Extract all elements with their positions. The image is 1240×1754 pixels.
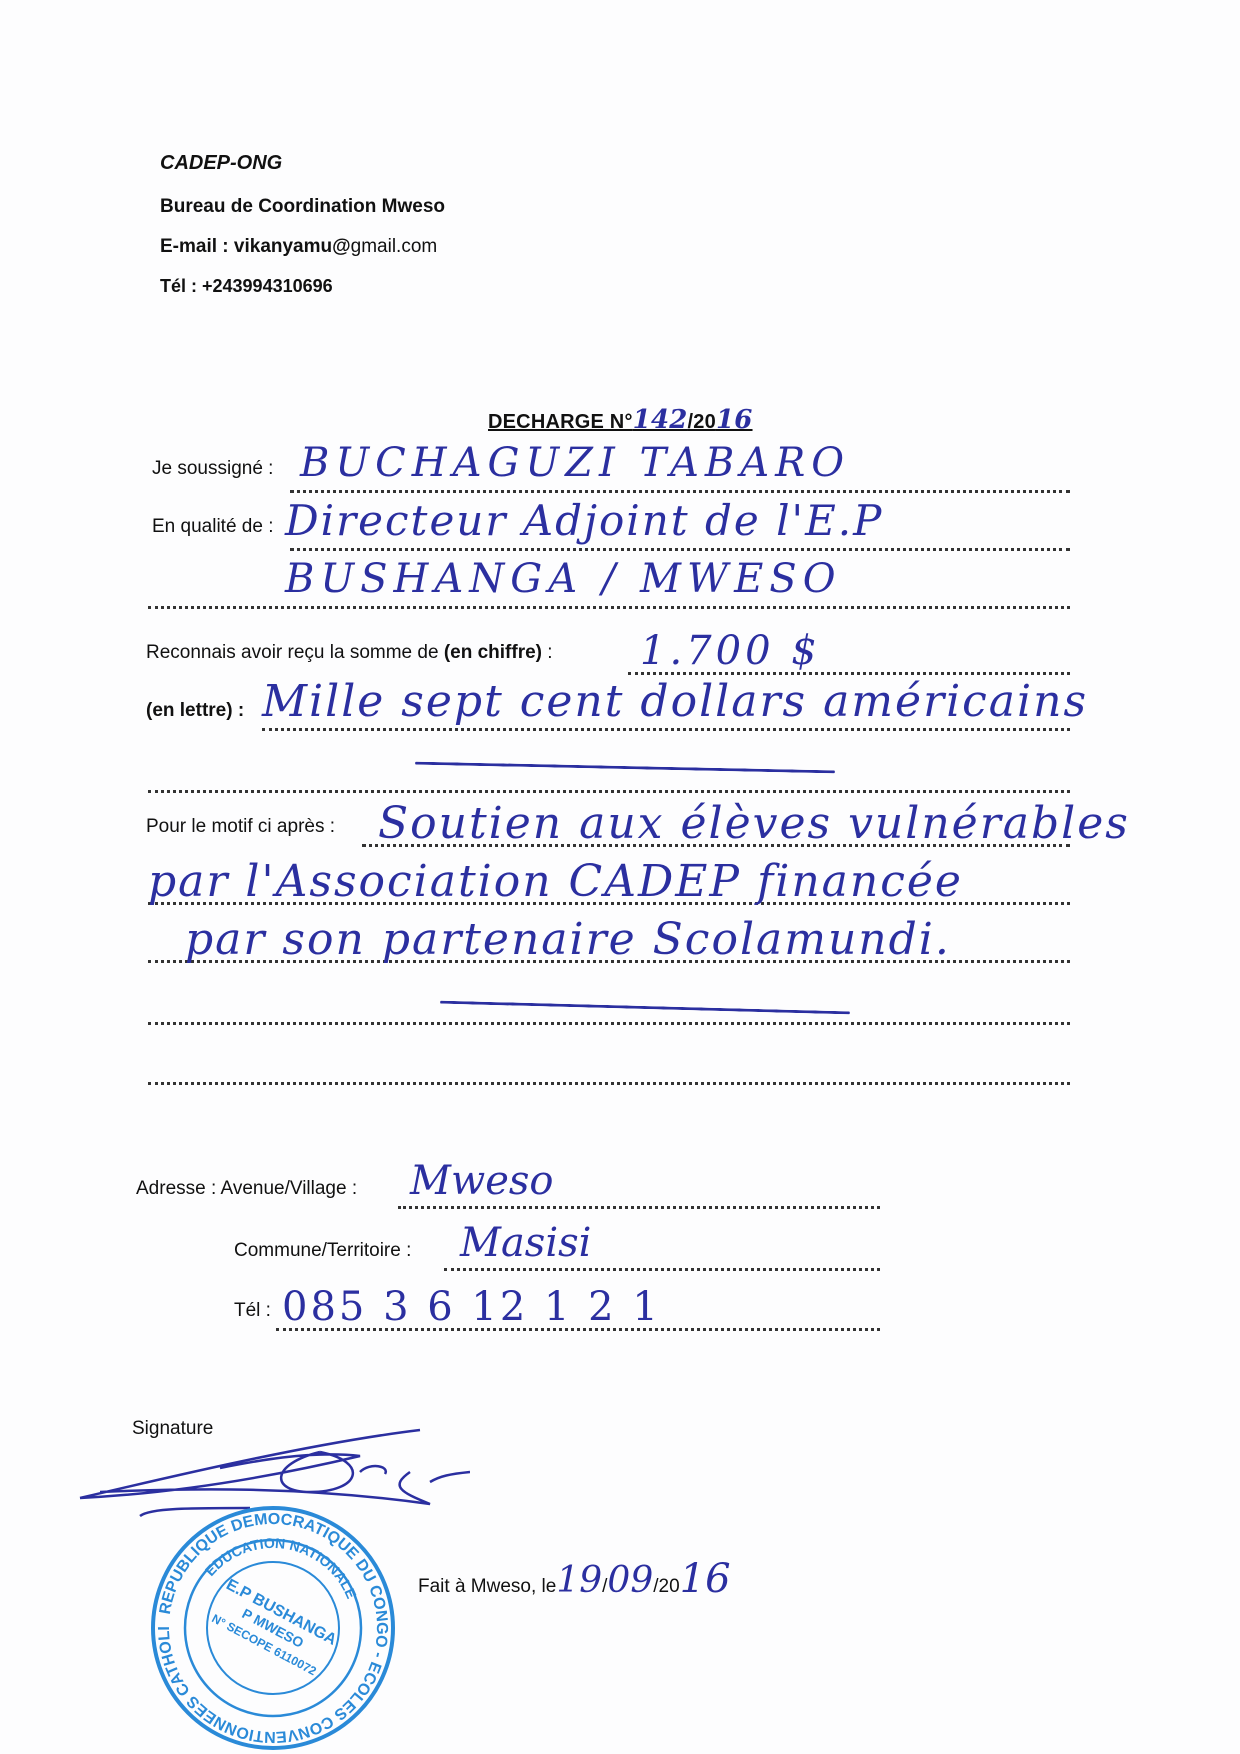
capacity-value-line2: BUSHANGA / MWESO [285,556,842,602]
header-phone: Tél : +243994310696 [160,276,333,297]
capacity-dotline-2 [148,606,1070,609]
date-day: 19 [556,1560,602,1601]
amount-words: Mille sept cent dollars américains [262,676,1088,727]
decharge-number: 142 [633,405,688,435]
date-month: 09 [607,1560,653,1601]
amount-label-bold: (en chiffre) [444,642,542,663]
reason-line1: Soutien aux élèves vulnérables [378,798,1130,849]
reason-dotline-4 [148,1022,1070,1025]
title-prefix: DECHARGE N° [488,411,633,433]
place-date-line: Fait à Mweso, le19/09/2016 [418,1556,731,1602]
commune-label: Commune/Territoire : [234,1240,411,1262]
title-mid: /20 [688,411,716,433]
organization-name: CADEP-ONG [160,152,282,175]
reason-dotline-5 [148,1082,1070,1085]
date-year: 16 [680,1556,731,1602]
amount-label-suffix: : [542,642,553,663]
capacity-dotline [290,548,1070,551]
amount-words-dotline [262,728,1070,731]
place-date-prefix: Fait à Mweso, le [418,1576,556,1597]
signatory-label: Je soussigné : [152,458,273,480]
reason-line3: par son partenaire Scolamundi. [185,914,951,965]
document-title: DECHARGE N°142/2016 [488,405,753,435]
amount-words-dotline-2 [148,790,1070,793]
village-dotline [398,1206,880,1209]
amount-words-label: (en lettre) : [146,700,244,722]
email-user: vikanyamu@ [234,236,351,257]
email-label: E-mail : [160,236,234,257]
commune-value: Masisi [460,1220,591,1266]
amount-label: Reconnais avoir reçu la somme de (en chi… [146,642,553,664]
capacity-label: En qualité de : [152,516,273,538]
phone-label: Tél : [234,1300,271,1322]
village-label: Adresse : Avenue/Village : [136,1178,357,1200]
date-year-prefix: /20 [653,1576,679,1597]
reason-line2: par l'Association CADEP financée [148,856,963,907]
capacity-value-line1: Directeur Adjoint de l'E.P [285,496,883,545]
commune-dotline [444,1268,880,1271]
email-line: E-mail : vikanyamu@gmail.com [160,236,437,258]
email-domain: gmail.com [351,236,438,257]
school-stamp: REPUBLIQUE DEMOCRATIQUE DU CONGO - ECOLE… [148,1503,398,1753]
signatory-dotline [290,490,1070,493]
reason-strike-line [440,1001,850,1015]
reason-label: Pour le motif ci après : [146,816,335,838]
amount-figures: 1.700 $ [640,628,821,674]
signatory-value: BUCHAGUZI TABARO [300,440,850,486]
bureau-name: Bureau de Coordination Mweso [160,196,445,218]
phone-value: 085 3 6 12 1 2 1 [282,1284,661,1330]
amount-words-strike-line [415,762,835,774]
amount-label-prefix: Reconnais avoir reçu la somme de [146,642,444,663]
decharge-year: 16 [716,405,753,435]
village-value: Mweso [410,1158,553,1204]
